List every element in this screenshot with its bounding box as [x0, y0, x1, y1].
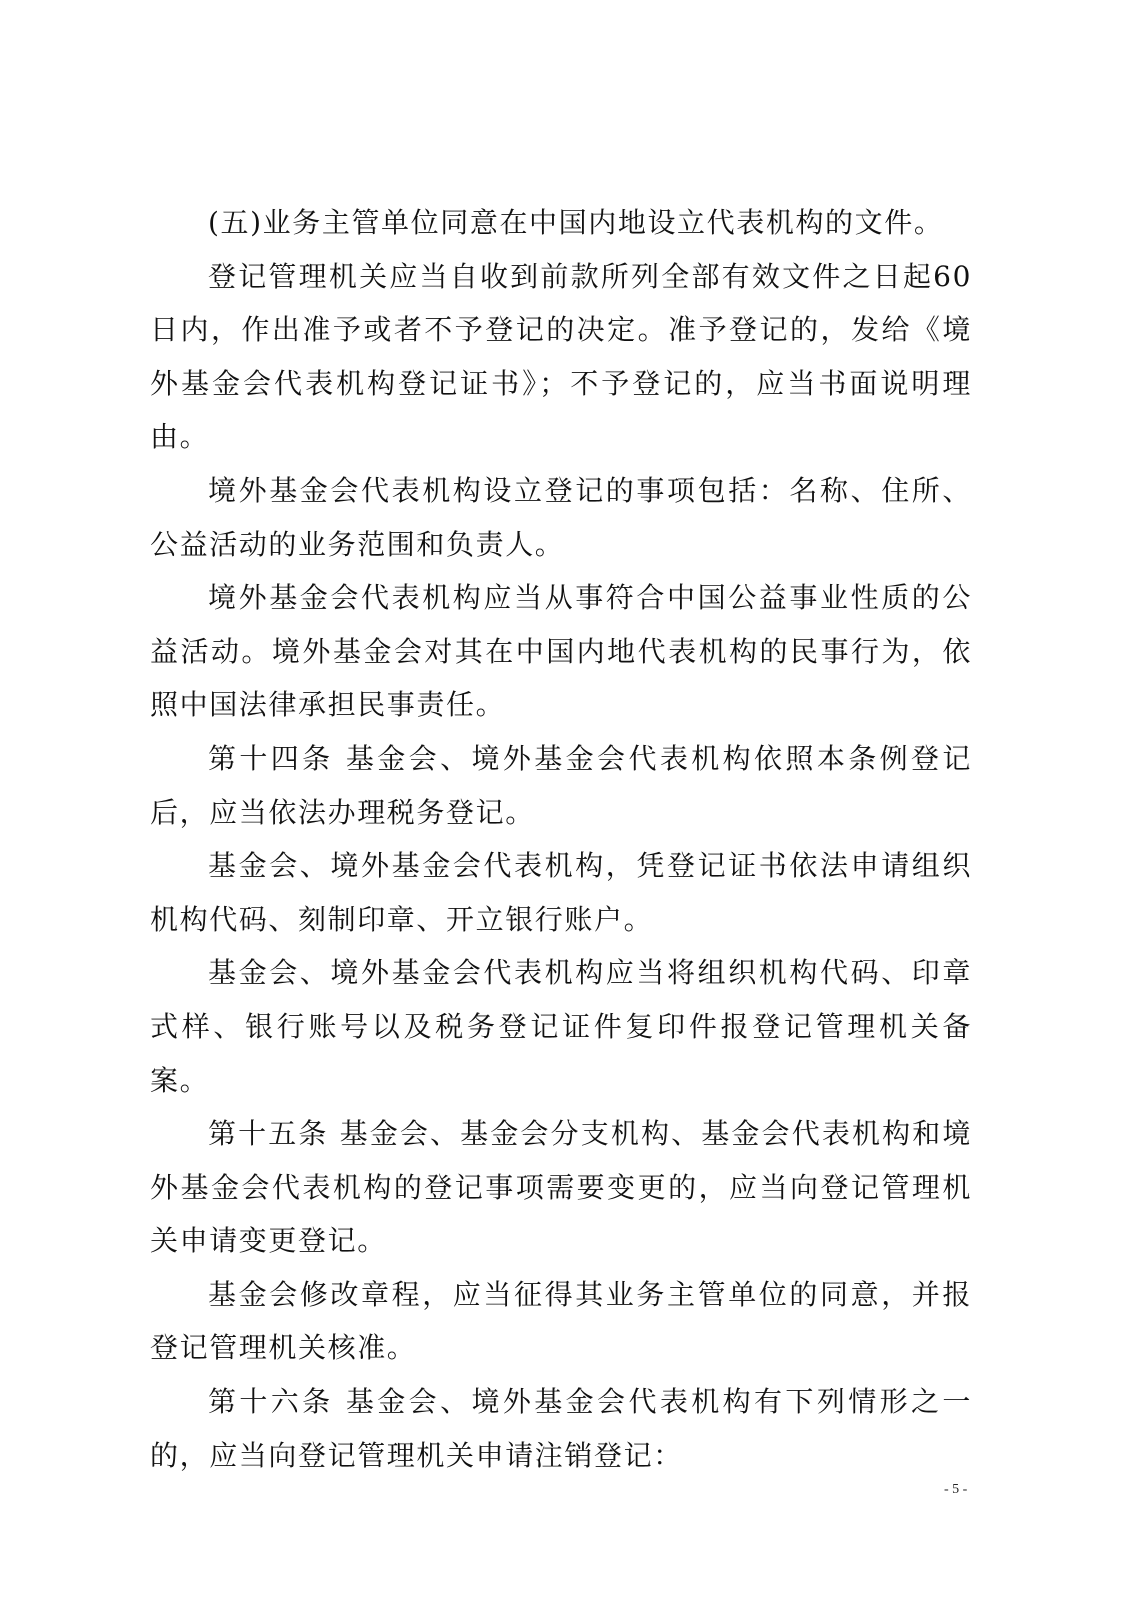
document-body: (五)业务主管单位同意在中国内地设立代表机构的文件。 登记管理机关应当自收到前款…	[150, 196, 972, 1482]
page-number: - 5 -	[944, 1482, 967, 1498]
paragraph-org-code-seal-bank: 基金会、境外基金会代表机构，凭登记证书依法申请组织机构代码、刻制印章、开立银行账…	[150, 839, 972, 946]
paragraph-registration-items: 境外基金会代表机构设立登记的事项包括：名称、住所、公益活动的业务范围和负责人。	[150, 464, 972, 571]
paragraph-article-14: 第十四条 基金会、境外基金会代表机构依照本条例登记后，应当依法办理税务登记。	[150, 732, 972, 839]
paragraph-item-5: (五)业务主管单位同意在中国内地设立代表机构的文件。	[150, 196, 972, 250]
paragraph-article-16: 第十六条 基金会、境外基金会代表机构有下列情形之一的，应当向登记管理机关申请注销…	[150, 1375, 972, 1482]
paragraph-civil-liability: 境外基金会代表机构应当从事符合中国公益事业性质的公益活动。境外基金会对其在中国内…	[150, 571, 972, 732]
paragraph-registration-decision: 登记管理机关应当自收到前款所列全部有效文件之日起60日内，作出准予或者不予登记的…	[150, 250, 972, 464]
document-page: (五)业务主管单位同意在中国内地设立代表机构的文件。 登记管理机关应当自收到前款…	[0, 0, 1131, 1600]
paragraph-charter-amendment: 基金会修改章程，应当征得其业务主管单位的同意，并报登记管理机关核准。	[150, 1268, 972, 1375]
paragraph-filing-record: 基金会、境外基金会代表机构应当将组织机构代码、印章式样、银行账号以及税务登记证件…	[150, 946, 972, 1107]
paragraph-article-15: 第十五条 基金会、基金会分支机构、基金会代表机构和境外基金会代表机构的登记事项需…	[150, 1107, 972, 1268]
